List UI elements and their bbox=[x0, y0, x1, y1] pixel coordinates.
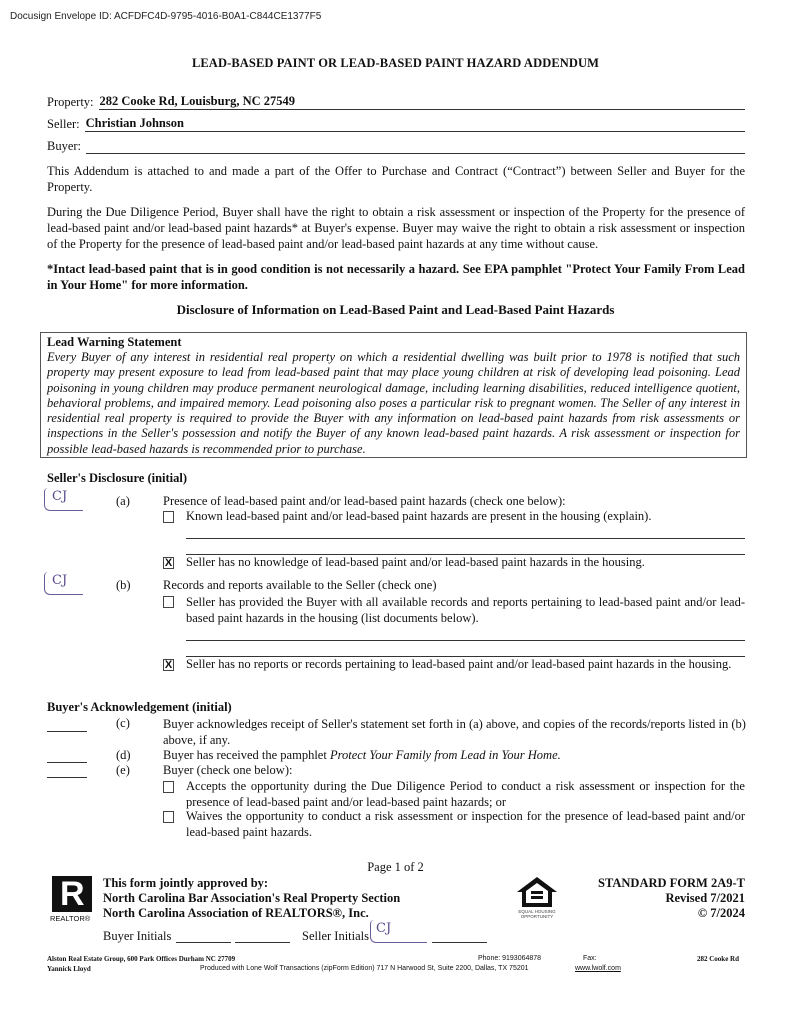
property-field: Property: 282 Cooke Rd, Louisburg, NC 27… bbox=[47, 92, 745, 110]
buyer-field: Buyer: bbox=[47, 136, 745, 154]
copyright: © 7/2024 bbox=[560, 906, 745, 921]
seller-disclosure-heading: Seller's Disclosure (initial) bbox=[47, 471, 187, 486]
option-no-knowledge: Seller has no knowledge of lead-based pa… bbox=[186, 555, 645, 570]
item-b-text: Records and reports available to the Sel… bbox=[163, 578, 437, 593]
buyer-initials-1[interactable] bbox=[176, 942, 231, 943]
option-records-provided: Seller has provided the Buyer with all a… bbox=[186, 594, 745, 626]
disclosure-heading: Disclosure of Information on Lead-Based … bbox=[0, 302, 791, 318]
approval-block: This form jointly approved by: North Car… bbox=[103, 876, 400, 921]
seller-initials-signature: CJ bbox=[52, 573, 67, 588]
item-d-prefix: Buyer has received the pamphlet bbox=[163, 748, 330, 762]
checkbox-no-records[interactable]: X bbox=[163, 659, 174, 671]
warning-body: Every Buyer of any interest in residenti… bbox=[47, 350, 740, 457]
revised-date: Revised 7/2021 bbox=[560, 891, 745, 906]
seller-field: Seller: Christian Johnson bbox=[47, 114, 745, 132]
item-d-letter: (d) bbox=[116, 748, 131, 763]
option-no-records: Seller has no reports or records pertain… bbox=[186, 656, 745, 672]
property-value[interactable]: 282 Cooke Rd, Louisburg, NC 27549 bbox=[99, 94, 745, 110]
realtor-label: REALTOR® bbox=[50, 914, 90, 923]
checkbox-accept-opportunity[interactable] bbox=[163, 781, 174, 793]
explain-line-1[interactable] bbox=[186, 538, 745, 539]
document-title: LEAD-BASED PAINT OR LEAD-BASED PAINT HAZ… bbox=[0, 56, 791, 71]
checkbox-known-lead[interactable] bbox=[163, 511, 174, 523]
buyer-initials-label: Buyer Initials bbox=[103, 929, 171, 944]
item-e-letter: (e) bbox=[116, 763, 130, 778]
buyer-initial-e[interactable] bbox=[47, 777, 87, 778]
documents-line-1[interactable] bbox=[186, 640, 745, 641]
item-d-text: Buyer has received the pamphlet Protect … bbox=[163, 748, 561, 763]
buyer-initial-c[interactable] bbox=[47, 731, 87, 732]
seller-initials-label: Seller Initials bbox=[302, 929, 369, 944]
seller-value[interactable]: Christian Johnson bbox=[85, 116, 745, 132]
option-accept-opportunity: Accepts the opportunity during the Due D… bbox=[186, 778, 745, 810]
brokerage-info: Alston Real Estate Group, 600 Park Offic… bbox=[47, 955, 235, 963]
option-waive-opportunity: Waives the opportunity to conduct a risk… bbox=[186, 808, 745, 840]
item-a-letter: (a) bbox=[116, 494, 130, 509]
property-label: Property: bbox=[47, 95, 99, 110]
item-a-text: Presence of lead-based paint and/or lead… bbox=[163, 494, 566, 509]
buyer-label: Buyer: bbox=[47, 139, 86, 154]
lead-warning-box: Lead Warning Statement Every Buyer of an… bbox=[40, 332, 747, 458]
docusign-envelope-id: Docusign Envelope ID: ACFDFC4D-9795-4016… bbox=[10, 11, 321, 22]
phone-number: Phone: 9193064878 bbox=[478, 955, 541, 962]
lwolf-link[interactable]: www.lwolf.com bbox=[575, 965, 621, 972]
checkbox-records-provided[interactable] bbox=[163, 596, 174, 608]
checkbox-waive-opportunity[interactable] bbox=[163, 811, 174, 823]
seller-initials-2[interactable] bbox=[432, 942, 487, 943]
buyer-initials-2[interactable] bbox=[235, 942, 290, 943]
seller-initials-signature: CJ bbox=[376, 921, 391, 936]
agent-name: Yannick Lloyd bbox=[47, 965, 91, 973]
item-b-letter: (b) bbox=[116, 578, 131, 593]
produced-by: Produced with Lone Wolf Transactions (zi… bbox=[200, 965, 529, 972]
footer-seller-initials[interactable]: CJ bbox=[370, 920, 427, 943]
checkbox-no-knowledge[interactable]: X bbox=[163, 557, 174, 569]
intact-paint-note: *Intact lead-based paint that is in good… bbox=[47, 261, 745, 293]
form-name: STANDARD FORM 2A9-T bbox=[560, 876, 745, 891]
approved-line-3: North Carolina Association of REALTORS®,… bbox=[103, 906, 400, 921]
fax-number: Fax: bbox=[583, 955, 597, 962]
seller-label: Seller: bbox=[47, 117, 85, 132]
item-c-text: Buyer acknowledges receipt of Seller's s… bbox=[163, 716, 753, 748]
item-c-letter: (c) bbox=[116, 716, 130, 731]
item-e-text: Buyer (check one below): bbox=[163, 763, 292, 778]
warning-heading: Lead Warning Statement bbox=[47, 335, 740, 350]
approved-line-1: This form jointly approved by: bbox=[103, 876, 400, 891]
equal-housing-label: EQUAL HOUSING OPPORTUNITY bbox=[511, 909, 563, 919]
due-diligence-paragraph: During the Due Diligence Period, Buyer s… bbox=[47, 204, 745, 252]
approved-line-2: North Carolina Bar Association's Real Pr… bbox=[103, 891, 400, 906]
realtor-logo-icon: R bbox=[52, 876, 92, 912]
buyer-ack-heading: Buyer's Acknowledgement (initial) bbox=[47, 700, 232, 715]
buyer-initial-d[interactable] bbox=[47, 762, 87, 763]
seller-initial-b[interactable]: CJ bbox=[44, 572, 83, 595]
option-known-lead: Known lead-based paint and/or lead-based… bbox=[186, 509, 651, 524]
page-number: Page 1 of 2 bbox=[0, 860, 791, 875]
form-info: STANDARD FORM 2A9-T Revised 7/2021 © 7/2… bbox=[560, 876, 745, 921]
seller-initials-signature: CJ bbox=[52, 489, 67, 504]
property-short: 282 Cooke Rd bbox=[697, 955, 739, 963]
seller-initial-a[interactable]: CJ bbox=[44, 488, 83, 511]
pamphlet-title: Protect Your Family from Lead in Your Ho… bbox=[330, 748, 561, 762]
addendum-intro: This Addendum is attached to and made a … bbox=[47, 163, 745, 195]
buyer-value[interactable] bbox=[86, 138, 745, 154]
